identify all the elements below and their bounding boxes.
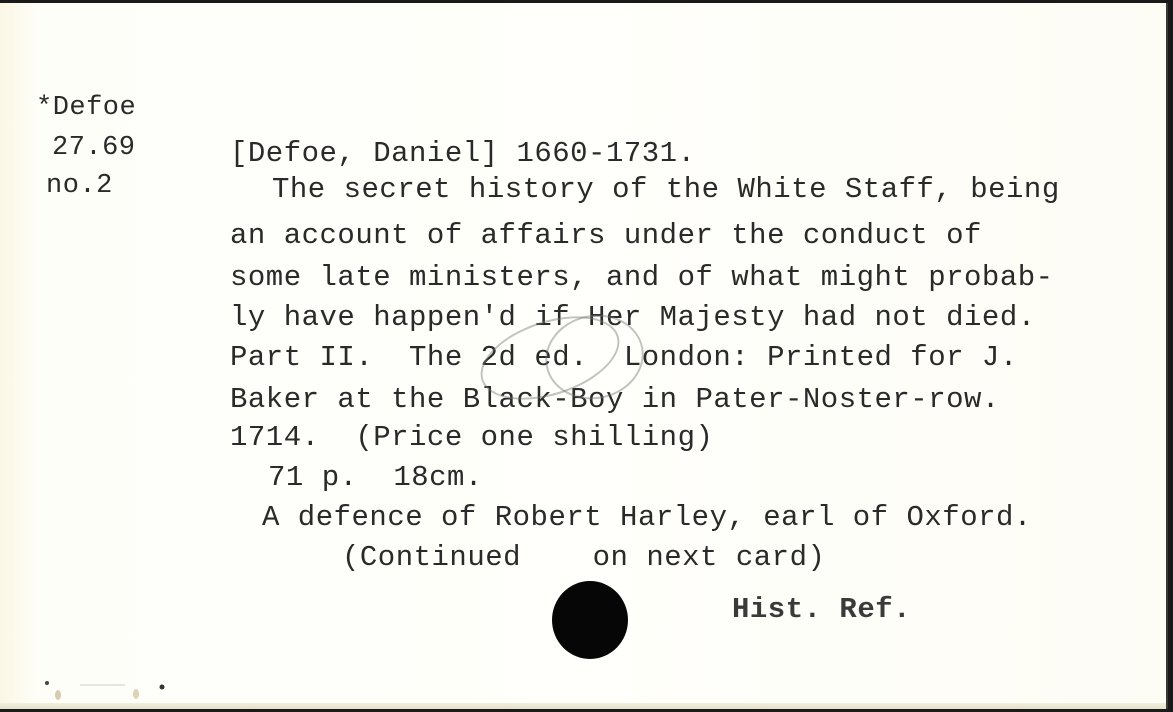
author-heading: [Defoe, Daniel] 1660-1731. xyxy=(230,139,695,168)
punch-hole xyxy=(552,581,628,659)
catalog-card: *Defoe 27.69 no.2 [Defoe, Daniel] 1660-1… xyxy=(0,3,1168,709)
title-line-1: The secret history of the White Staff, b… xyxy=(272,175,1060,204)
call-number-line-2: 27.69 xyxy=(52,135,136,162)
title-line-2: an account of affairs under the conduct … xyxy=(230,221,982,250)
collation: 71 p. 18cm. xyxy=(268,463,483,492)
continued-note: (Continued on next card) xyxy=(342,543,825,572)
general-note: A defence of Robert Harley, earl of Oxfo… xyxy=(262,503,1032,532)
smudge-marks xyxy=(40,675,180,705)
location-stamp: Hist. Ref. xyxy=(732,595,911,624)
card-bottom-edge xyxy=(0,703,1166,709)
title-line-7: 1714. (Price one shilling) xyxy=(230,423,713,452)
title-line-3: some late ministers, and of what might p… xyxy=(230,263,1054,292)
call-number-line-1: *Defoe xyxy=(36,95,136,122)
call-number-line-3: no.2 xyxy=(46,173,113,200)
